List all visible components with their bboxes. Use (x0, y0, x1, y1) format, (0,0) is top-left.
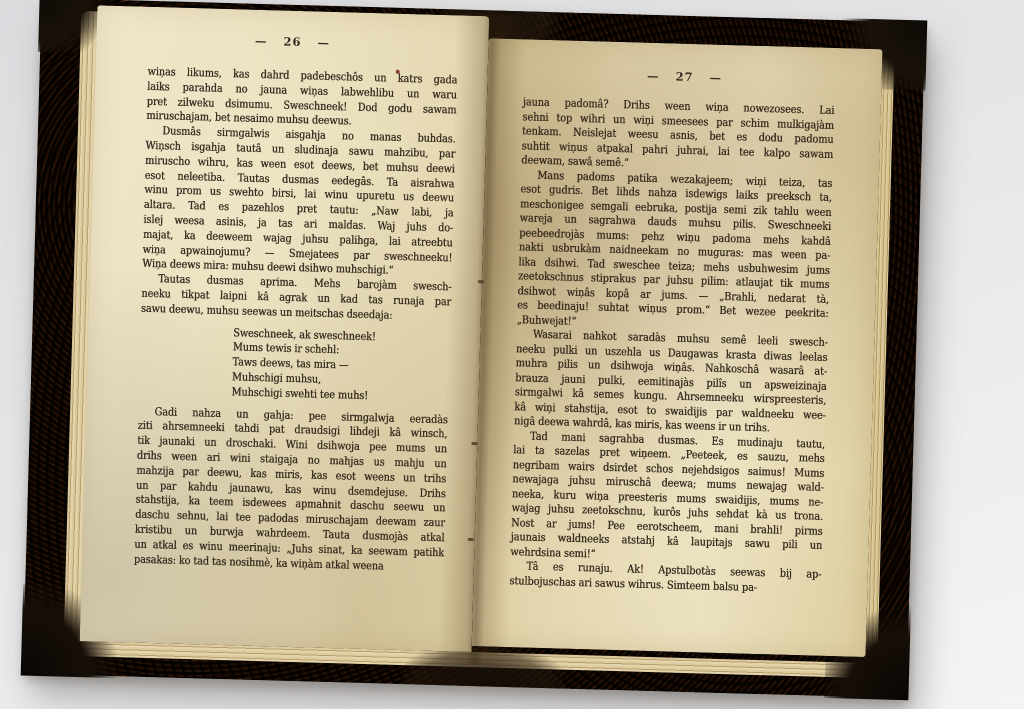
left-page-text: wiņas likums, kas dahrd padebeschôs un k… (134, 65, 458, 576)
background-surface: — 26 — wiņas likums, kas dahrd padebesch… (0, 0, 1024, 709)
page-number: 26 (283, 35, 301, 49)
left-page-header: — 26 — (96, 29, 488, 54)
header-dash: — (255, 34, 268, 48)
left-page: — 26 — wiņas likums, kas dahrd padebesch… (80, 5, 490, 652)
binding-stitch (478, 280, 484, 283)
binding-stitch (468, 538, 474, 541)
open-book: — 26 — wiņas likums, kas dahrd padebesch… (23, 0, 926, 698)
header-dash: — (709, 70, 722, 84)
right-page: — 27 — jauna padomâ? Drihs ween wiņa now… (472, 38, 883, 657)
binding-stitch (471, 442, 477, 445)
header-dash: — (647, 69, 660, 83)
right-page-text: jauna padomâ? Drihs ween wiņa nowezosees… (509, 95, 834, 597)
header-dash: — (317, 36, 330, 50)
page-number: 27 (675, 70, 693, 84)
right-page-header: — 27 — (488, 64, 882, 89)
